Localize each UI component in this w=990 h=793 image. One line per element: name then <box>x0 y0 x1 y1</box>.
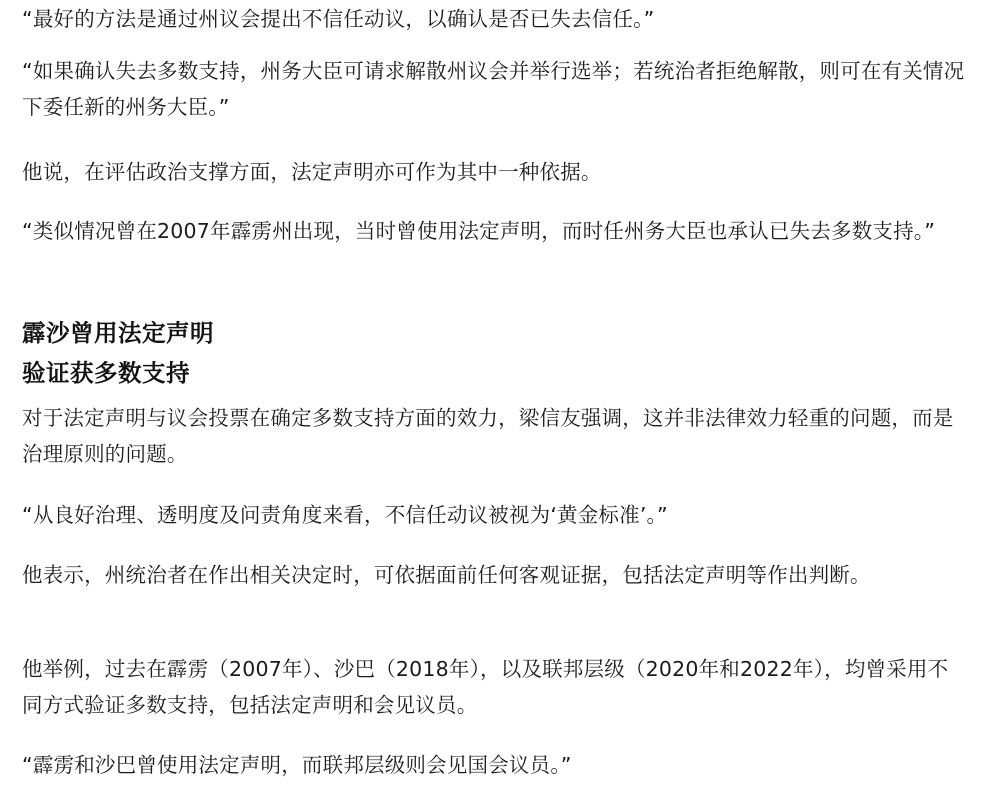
paragraph-statutory-declaration-basis: 他说，在评估政治支撑方面，法定声明亦可作为其中一种依据。 <box>22 155 967 191</box>
section-heading-line-1: 霹沙曾用法定声明 <box>22 313 214 353</box>
section-heading: 霹沙曾用法定声明 验证获多数支持 <box>22 313 214 393</box>
quote-paragraph-no-confidence-motion: “最好的方法是通过州议会提出不信任动议，以确认是否已失去信任。” <box>22 2 967 38</box>
quote-paragraph-perak-2007: “类似情况曾在2007年霹雳州出现，当时曾使用法定声明，而时任州务大臣也承认已失… <box>22 214 967 250</box>
quote-paragraph-gold-standard: “从良好治理、透明度及问责角度来看，不信任动议被视为‘黄金标准’。” <box>22 498 967 534</box>
paragraph-past-examples: 他举例，过去在霹雳（2007年）、沙巴（2018年），以及联邦层级（2020年和… <box>22 652 967 723</box>
paragraph-governance-principle: 对于法定声明与议会投票在确定多数支持方面的效力，梁信友强调，这并非法律效力轻重的… <box>22 401 967 472</box>
quote-paragraph-perak-sabah-federal: “霹雳和沙巴曾使用法定声明，而联邦层级则会见国会议员。” <box>22 748 967 784</box>
section-heading-line-2: 验证获多数支持 <box>22 353 214 393</box>
quote-paragraph-dissolution: “如果确认失去多数支持，州务大臣可请求解散州议会并举行选举；若统治者拒绝解散，则… <box>22 54 967 125</box>
paragraph-ruler-decision: 他表示，州统治者在作出相关决定时，可依据面前任何客观证据，包括法定声明等作出判断… <box>22 558 967 594</box>
